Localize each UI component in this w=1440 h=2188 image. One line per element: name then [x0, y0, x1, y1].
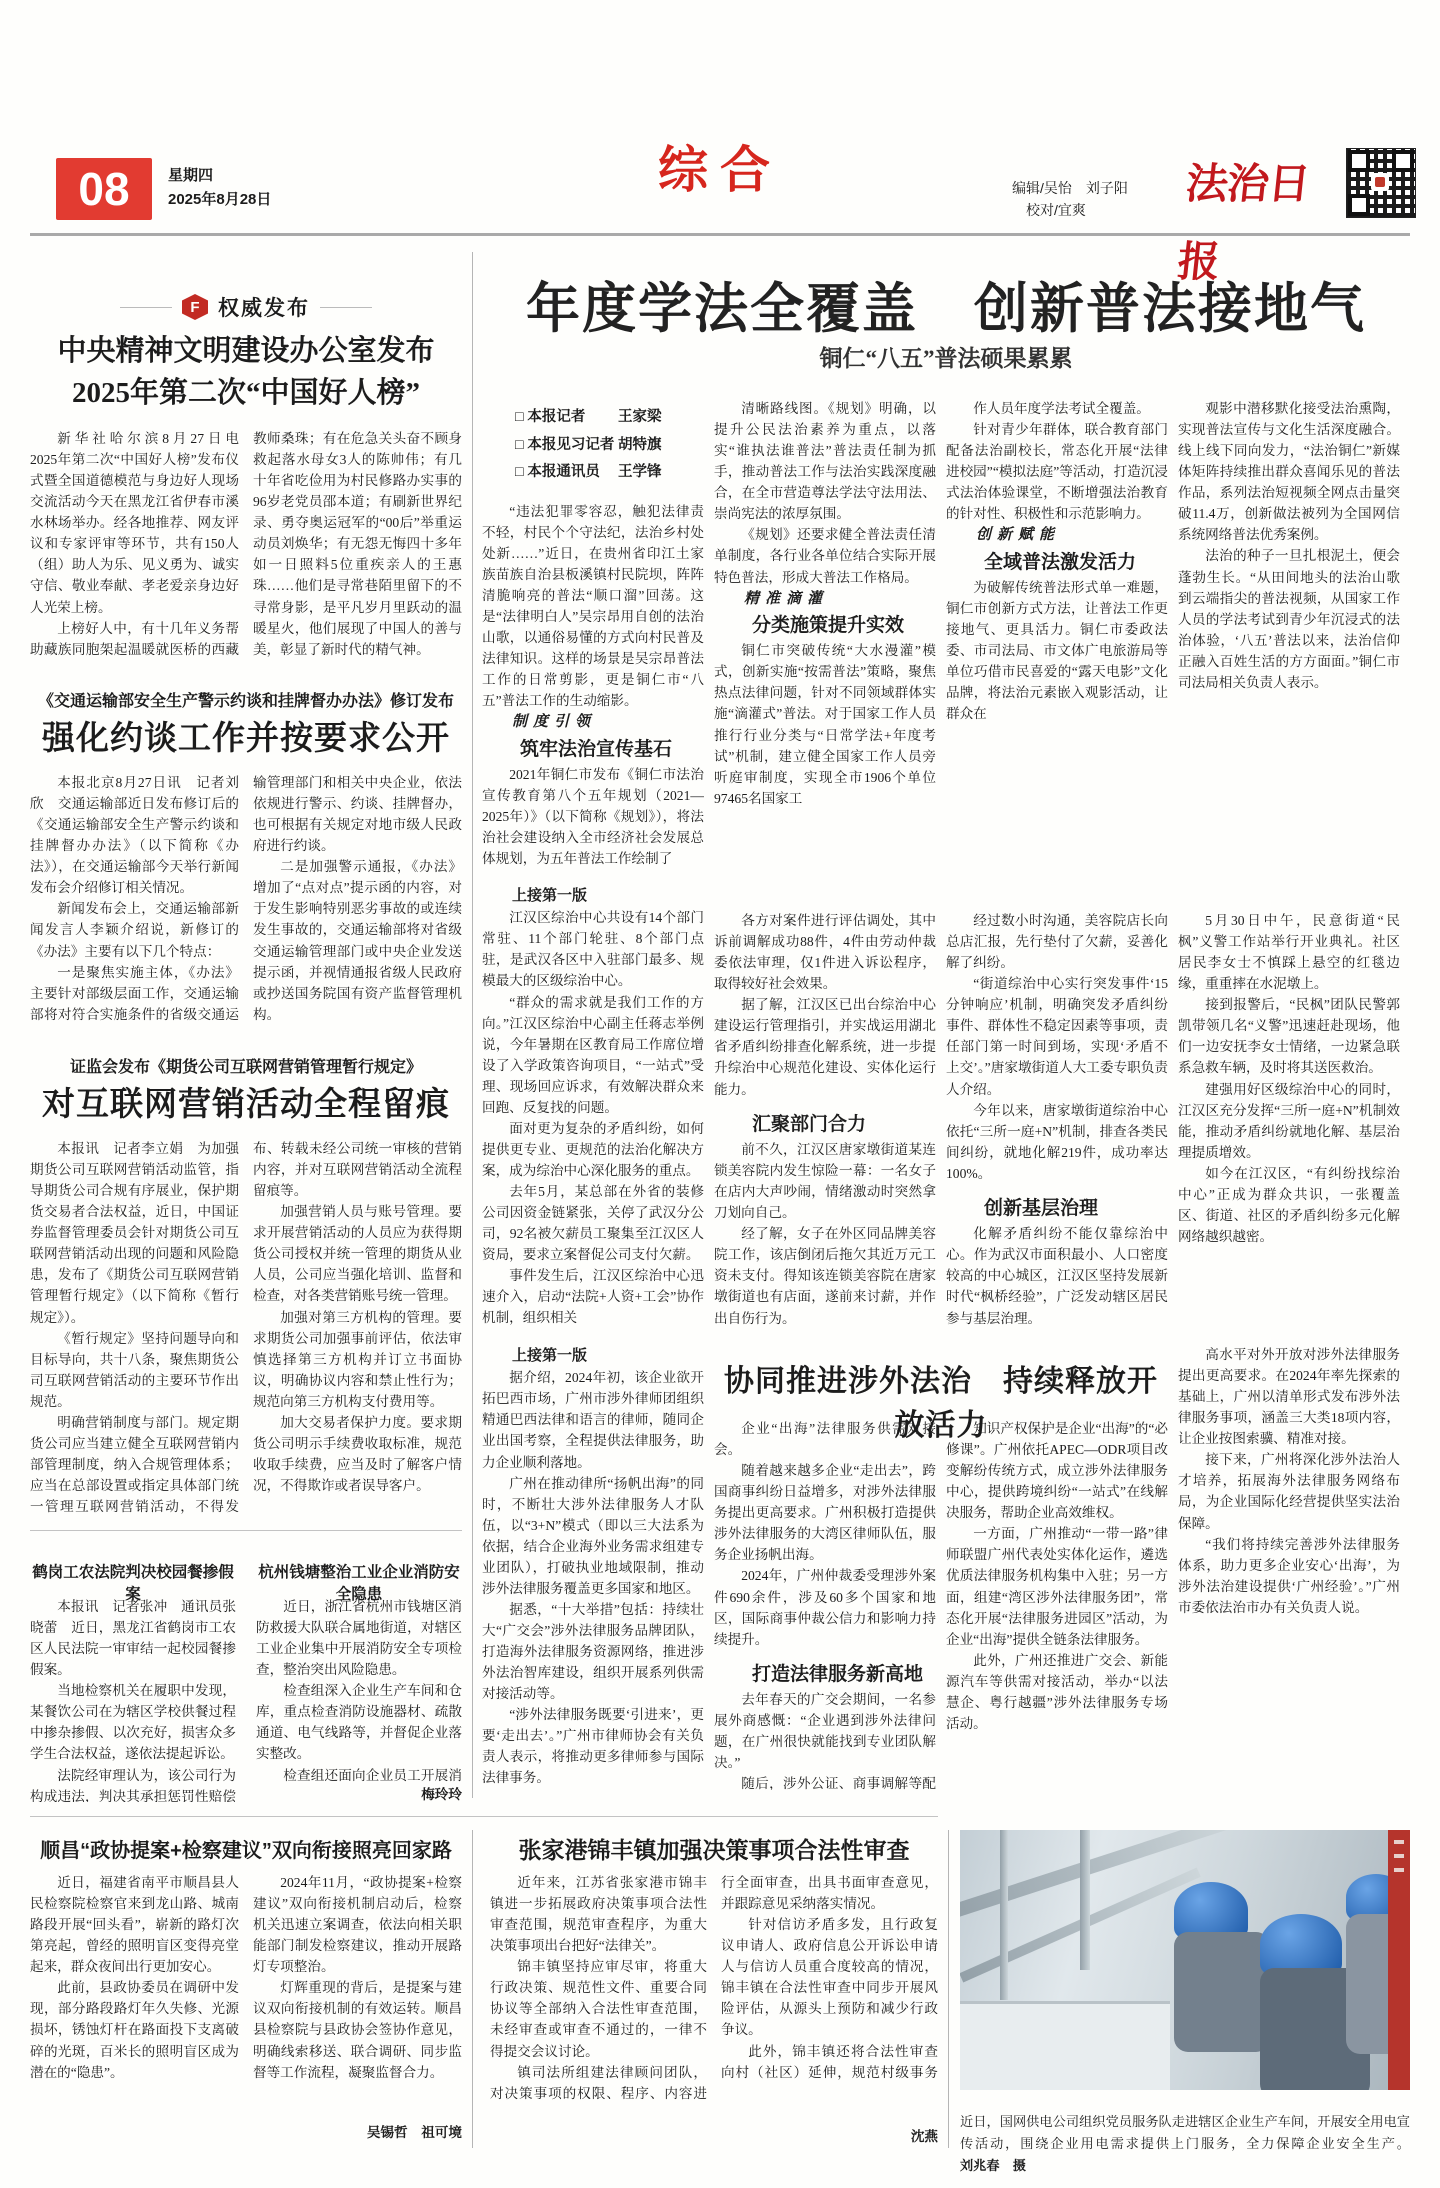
paragraph: 检查组还面向企业员工开展消防安全宣传活动，切实增强员工消防安全意识。	[256, 1765, 462, 1783]
qr-logo-icon	[1371, 173, 1389, 191]
subhead: 全域普法激发活力	[946, 548, 1168, 577]
article1-body: 新华社哈尔滨8月27日电 2025年第二次“中国好人榜”发布仪式暨全国道德模范与…	[30, 428, 462, 666]
subhead: 创新基层治理	[946, 1194, 1168, 1223]
photo-caption: 近日，国网供电公司组织党员服务队走进辖区企业生产车间，开展安全用电宣传活动，围绕…	[960, 2111, 1410, 2176]
paragraph: 观影中潜移默化接受法治熏陶，实现普法宣传与文化生活深度融合。线上线下同向发力，“…	[1178, 398, 1400, 545]
jump1-col3: 经过数小时沟通，美容院店长向总店汇报，先行垫付了欠薪，妥善化解了纠纷。“街道综治…	[946, 910, 1168, 1332]
photo-credit: 刘兆春 摄	[960, 2158, 1026, 2173]
paragraph: 如今在江汉区，“有纠纷找综治中心”正成为群众共识，一张覆盖区、街道、社区的矛盾纠…	[1178, 1163, 1400, 1247]
worker-torso	[1174, 1932, 1270, 2052]
main-subtitle: 铜仁“八五”普法硕果累累	[490, 340, 1402, 373]
pipe-shape	[1000, 1830, 1008, 2000]
paragraph: 去年春天的广交会期间，一名参展外商感慨：“企业遇到涉外法律问题，在广州很快就能找…	[714, 1689, 936, 1773]
qr-code-icon	[1346, 148, 1416, 218]
jump2-col4: 高水平对外开放对涉外法律服务提出更高要求。在2024年率先探索的基础上，广州以清…	[1178, 1344, 1400, 1790]
authority-release-badge: F 权威发布	[30, 292, 462, 322]
article1-headline: 中央精神文明建设办公室发布 2025年第二次“中国好人榜”	[30, 330, 462, 414]
paragraph: 此前，县政协委员在调研中发现，部分路段路灯年久失修、光源损坏，锈蚀灯杆在路面投下…	[30, 1977, 239, 2082]
jump2-col2: 企业“出海”法律服务供需对接会。随着越来越多企业“走出去”，跨国商事纠纷日益增多…	[714, 1418, 936, 1790]
paragraph: 据介绍，2024年初，该企业欲开拓巴西市场，广州市涉外律师团组织精通巴西法律和语…	[482, 1367, 704, 1472]
paragraph: 经过数小时沟通，美容院店长向总店汇报，先行垫付了欠薪，妥善化解了纠纷。	[946, 910, 1168, 973]
subhead-kicker: 创新赋能	[946, 524, 1168, 547]
qr-finder-icon	[1348, 150, 1370, 172]
paragraph: 企业“出海”法律服务供需对接会。	[714, 1418, 936, 1460]
paragraph: 本报北京8月27日讯 记者刘欣 交通运输部近日发布修订后的《交通运输部安全生产警…	[30, 772, 239, 898]
paragraph: “涉外法律服务既要‘引进来’，更要‘走出去’。”广州市律师协会有关负责人表示，将…	[482, 1704, 704, 1788]
main-col2: 清晰路线图。《规划》明确，以提升公民法治素养为重点，以落实“谁执法谁普法”普法责…	[714, 398, 936, 906]
main-headline: 年度学法全覆盖 创新普法接地气	[490, 266, 1402, 343]
main-col1-text: 2021年铜仁市发布《铜仁市法治宣传教育第八个五年规划（2021—2025年）》…	[482, 764, 704, 869]
qr-finder-icon	[1348, 194, 1370, 216]
article3-body: 本报讯 记者李立娟 为加强期货公司互联网营销活动监管，指导期货公司合规有序展业，…	[30, 1138, 462, 1518]
proofreader-line: 校对/宜爽	[1012, 200, 1182, 222]
paragraph: “街道综治中心实行突发事件‘15分钟响应’机制，明确突发矛盾纠纷事件、群体性不稳…	[946, 973, 1168, 1099]
paragraph: 随后，涉外公证、商事调解等配套服务持续上新，企业“出海”无须舍近求远。	[714, 1773, 936, 1790]
article7-signature: 沈燕	[724, 2126, 944, 2147]
paragraph: 铜仁市突破传统“大水漫灌”模式，创新实施“按需普法”策略，聚焦热点法律问题，针对…	[714, 640, 936, 809]
paragraph: 知识产权保护是企业“出海”的“必修课”。广州依托APEC—ODR项目改变解纷传统…	[946, 1418, 1168, 1523]
paragraph: 据悉，“十大举措”包括：持续壮大“广交会”涉外法律服务品牌团队，打造海外法律服务…	[482, 1599, 704, 1704]
paragraph: 2024年11月，“政协提案+检察建议”双向衔接机制启动后，检察机关迅速立案调查…	[253, 1872, 462, 1977]
paragraph: 一方面，广州推动“一带一路”律师联盟广州代表处实体化运作，遴选优质法律服务机构集…	[946, 1523, 1168, 1649]
paragraph: “违法犯罪零容忍，触犯法律责不轻，村民个个守法纪，法治乡村处处新……”近日，在贵…	[482, 501, 704, 712]
continued-marker: 上接第一版	[482, 884, 704, 907]
paragraph: 广州在推动律所“扬帆出海”的同时，不断壮大涉外法律服务人才队伍，以“3+N”模式…	[482, 1473, 704, 1599]
paragraph: 新华社哈尔滨8月27日电 2025年第二次“中国好人榜”发布仪式暨全国道德模范与…	[30, 428, 239, 618]
paragraph: 《规划》还要求健全普法责任清单制度，各行业各单位结合实际开展特色普法，形成大普法…	[714, 524, 936, 587]
main-col4: 观影中潜移默化接受法治熏陶，实现普法宣传与文化生活深度融合。线上线下同向发力，“…	[1178, 398, 1400, 906]
subhead-kicker: 制度引领	[482, 711, 704, 734]
paragraph: 新闻发布会上，交通运输部新闻发言人李颖介绍说，新修订的《办法》主要有以下几个特点…	[30, 898, 239, 961]
paragraph: 江汉区综治中心共设有14个部门常驻、11个部门轮驻、8个部门点驻，是武汉各区中入…	[482, 907, 704, 991]
qr-finder-icon	[1392, 150, 1414, 172]
paragraph: 加大交易者保护力度。要求期货公司明示手续费收取标准，规范收取手续费，应当及时了解…	[253, 1412, 462, 1496]
paragraph: “我们将持续完善涉外法律服务体系，助力更多企业安心‘出海’，为涉外法治建设提供‘…	[1178, 1534, 1400, 1618]
paragraph: 针对青少年群体，联合教育部门配备法治副校长，常态化开展“法律进校园”“模拟法庭”…	[946, 419, 1168, 524]
paragraph: 建强用好区级综治中心的同时，江汉区充分发挥“三所一庭+N”机制效能，推动矛盾纠纷…	[1178, 1079, 1400, 1163]
jump1-col2-text: 各方对案件进行评估调处，其中诉前调解成功88件，4件由劳动仲裁委依法审理，仅1件…	[714, 910, 936, 1100]
paragraph: 《暂行规定》坚持问题导向和目标导向，共十八条，聚焦期货公司互联网营销活动的主要环…	[30, 1328, 239, 1412]
paragraph: 2024年，广州仲裁委受理涉外案件690余件，涉及60多个国家和地区，国际商事仲…	[714, 1565, 936, 1649]
column-divider	[948, 1830, 949, 2148]
paragraph: 今年以来，唐家墩街道综治中心依托“三所一庭+N”机制，排查各类民间纠纷，就地化解…	[946, 1100, 1168, 1184]
byline-box: □ 本报记者 王家梁□ 本报见习记者 胡特旗□ 本报通讯员 王学锋	[486, 404, 704, 487]
jump2-col2-text: 企业“出海”法律服务供需对接会。随着越来越多企业“走出去”，跨国商事纠纷日益增多…	[714, 1418, 936, 1650]
main-col1: □ 本报记者 王家梁□ 本报见习记者 胡特旗□ 本报通讯员 王学锋 “违法犯罪零…	[482, 402, 704, 870]
paragraph: 锦丰镇坚持应审尽审，将重大行政决策、规范性文件、重要合同协议等全部纳入合法性审查…	[490, 1956, 707, 2061]
paragraph: 去年5月，某总部在外省的装修公司因资金链紧张，关停了武汉分公司，92名被欠薪员工…	[482, 1181, 704, 1265]
paragraph: 本报讯 记者李立娟 为加强期货公司互联网营销活动监管，指导期货公司合规有序展业，…	[30, 1138, 239, 1328]
paragraph: 5月30日中午，民意街道“民枫”义警工作站举行开业典礼。社区居民李女士不慎踩上悬…	[1178, 910, 1400, 994]
paragraph: 接下来，广州将深化涉外法治人才培养，拓展海外法律服务网络布局，为企业国际化经营提…	[1178, 1449, 1400, 1533]
jump1-col1: 上接第一版 江汉区综治中心共设有14个部门常驻、11个部门轮驻、8个部门点驻，是…	[482, 884, 704, 1332]
jump1-col2-text: 前不久，江汉区唐家墩街道某连锁美容院内发生惊险一幕：一名女子在店内大声吵闹，情绪…	[714, 1139, 936, 1332]
paragraph: 事件发生后，江汉区综治中心迅速介入，启动“法院+人资+工会”协作机制，组织相关	[482, 1265, 704, 1328]
article5-body: 近日，浙江省杭州市钱塘区消防救援大队联合属地街道，对辖区工业企业集中开展消防安全…	[256, 1596, 462, 1782]
paragraph: 随着越来越多企业“走出去”，跨国商事纠纷日益增多，对涉外法律服务提出更高要求。广…	[714, 1460, 936, 1565]
paragraph: 接到报警后，“民枫”团队民警郭凯带领几名“义警”迅速赶赴现场，他们一边安抚李女士…	[1178, 994, 1400, 1078]
paragraph: □ 本报通讯员 王学锋	[486, 459, 704, 487]
main-col3-text: 为破解传统普法形式单一难题，铜仁市创新方式方法，让普法工作更接地气、更具活力。铜…	[946, 577, 1168, 724]
jump2-col2-text: 去年春天的广交会期间，一名参展外商感慨：“企业遇到涉外法律问题，在广州很快就能找…	[714, 1689, 936, 1790]
subhead: 打造法律服务新高地	[714, 1660, 936, 1689]
article3-kicker: 证监会发布《期货公司互联网营销管理暂行规定》	[30, 1054, 462, 1077]
paragraph: 据了解，江汉区已出台综治中心建设运行管理指引，并实战运用湖北省矛盾纠纷排查化解系…	[714, 994, 936, 1099]
article6-body: 近日，福建省南平市顺昌县人民检察院检察官来到龙山路、城南路段开展“回头看”，崭新…	[30, 1872, 462, 2120]
paragraph: 近日，福建省南平市顺昌县人民检察院检察官来到龙山路、城南路段开展“回头看”，崭新…	[30, 1872, 239, 1977]
main-col2-text: 清晰路线图。《规划》明确，以提升公民法治素养为重点，以落实“谁执法谁普法”普法责…	[714, 398, 936, 588]
badge-line	[320, 307, 372, 308]
paragraph: 针对信访矛盾多发，且行政复议申请人、政府信息公开诉讼申请人与信访人员重合度较高的…	[721, 1914, 938, 2040]
badge-line	[120, 307, 172, 308]
paragraph: □ 本报见习记者 胡特旗	[486, 432, 704, 460]
paragraph: 各方对案件进行评估调处，其中诉前调解成功88件，4件由劳动仲裁委依法审理，仅1件…	[714, 910, 936, 994]
article5-signature: 梅玲玲	[256, 1784, 468, 1805]
paragraph: 清晰路线图。《规划》明确，以提升公民法治素养为重点，以落实“谁执法谁普法”普法责…	[714, 398, 936, 524]
paragraph: 为破解传统普法形式单一难题，铜仁市创新方式方法，让普法工作更接地气、更具活力。铜…	[946, 577, 1168, 724]
cube-logo-icon: F	[182, 294, 208, 320]
paragraph: 近年来，江苏省张家港市锦丰镇进一步拓展政府决策事项合法性审查范围，规范审查程序，…	[490, 1872, 707, 1956]
article7-headline: 张家港锦丰镇加强决策事项合法性审查	[490, 1832, 938, 1865]
paragraph: “群众的需求就是我们工作的方向。”江汉区综治中心副主任蒋志举例说，今年暑期在区教…	[482, 992, 704, 1118]
article3-headline: 对互联网营销活动全程留痕	[30, 1078, 462, 1125]
main-col1-text: “违法犯罪零容忍，触犯法律责不轻，村民个个守法纪，法治乡村处处新……”近日，在贵…	[482, 501, 704, 712]
paragraph: 江汉区民意街道打造“民枫”义警队伍，吸纳热心居民、商户等联防力量参与治安巡逻和纠…	[946, 1329, 1168, 1332]
paragraph: 加强对第三方机构的管理。要求期货公司加强事前评估，依法审慎选择第三方机构并订立书…	[253, 1307, 462, 1412]
paragraph: □ 本报记者 王家梁	[486, 404, 704, 432]
paragraph: 面对更为复杂的矛盾纠纷，如何提供更专业、更规范的法治化解决方案，成为综治中心深化…	[482, 1118, 704, 1181]
paragraph: 民警赶到后，街道综治中心启动“三所一庭+N”机制（即高效整合司法所、派出所、律师…	[714, 1329, 936, 1332]
jump1-col3-text: 经过数小时沟通，美容院店长向总店汇报，先行垫付了欠薪，妥善化解了纠纷。“街道综治…	[946, 910, 1168, 1184]
subhead: 汇聚部门合力	[714, 1110, 936, 1139]
article4-body: 本报讯 记者张冲 通讯员张晓蕾 近日，黑龙江省鹤岗市工农区人民法院一审审结一起校…	[30, 1596, 236, 1802]
paragraph: 前不久，江汉区唐家墩街道某连锁美容院内发生惊险一幕：一名女子在店内大声吵闹，情绪…	[714, 1139, 936, 1223]
header-rule	[30, 233, 1410, 236]
article6-signature: 吴锡哲 祖可境	[256, 2122, 468, 2143]
subhead: 筑牢法治宣传基石	[482, 735, 704, 764]
paragraph: 高水平对外开放对涉外法律服务提出更高要求。在2024年率先探索的基础上，广州以清…	[1178, 1344, 1400, 1449]
main-col3: 作人员年度学法考试全覆盖。针对青少年群体，联合教育部门配备法治副校长，常态化开展…	[946, 398, 1168, 906]
jump1-col4: 5月30日中午，民意街道“民枫”义警工作站举行开业典礼。社区居民李女士不慎踩上悬…	[1178, 910, 1400, 1332]
paragraph: 近日，浙江省杭州市钱塘区消防救援大队联合属地街道，对辖区工业企业集中开展消防安全…	[256, 1596, 462, 1680]
masthead-logo: 法治日报	[1182, 146, 1346, 224]
blue-helmet-icon	[1260, 1914, 1342, 1974]
paragraph: 经了解，女子在外区同品牌美容院工作，该店倒闭后拖欠其近万元工资未支付。得知该连锁…	[714, 1223, 936, 1328]
column-divider	[472, 1830, 473, 2148]
paragraph: 加强营销人员与账号管理。要求开展营销活动的人员应为获得期货公司授权并统一管理的期…	[253, 1201, 462, 1306]
jump1-col2: 各方对案件进行评估调处，其中诉前调解成功88件，4件由劳动仲裁委依法审理，仅1件…	[714, 910, 936, 1332]
subhead-kicker: 精准滴灌	[714, 588, 936, 611]
red-banner-shape	[1388, 1830, 1410, 2090]
blue-helmet-icon	[1174, 1882, 1248, 1938]
editors-line: 编辑/吴怡 刘子阳	[1012, 178, 1182, 200]
paragraph: 法治的种子一旦扎根泥土，便会蓬勃生长。“从田间地头的法治山歌到云端指尖的普法视频…	[1178, 545, 1400, 692]
article6-headline: 顺昌“政协提案+检察建议”双向衔接照亮回家路	[30, 1834, 462, 1863]
badge-label: 权威发布	[218, 292, 310, 322]
article2-body: 本报北京8月27日讯 记者刘欣 交通运输部近日发布修订后的《交通运输部安全生产警…	[30, 772, 462, 1044]
worker-figure	[1174, 1882, 1270, 2052]
paragraph: 作人员年度学法考试全覆盖。	[946, 398, 1168, 419]
paragraph: 检查组深入企业生产车间和仓库，重点检查消防设施器材、疏散通道、电气线路等，并督促…	[256, 1680, 462, 1764]
paragraph: 此外，广州还推进广交会、新能源汽车等供需对接活动，举办“以法慧企、粤行越疆”涉外…	[946, 1650, 1168, 1734]
jump1-col1-text: 江汉区综治中心共设有14个部门常驻、11个部门轮驻、8个部门点驻，是武汉各区中入…	[482, 907, 704, 1328]
divider-rule	[30, 1816, 938, 1817]
main-col3-text: 作人员年度学法考试全覆盖。针对青少年群体，联合教育部门配备法治副校长，常态化开展…	[946, 398, 1168, 524]
paragraph: 当地检察机关在履职中发现，某餐饮公司在为辖区学校供餐过程中掺杂掺假、以次充好，损…	[30, 1680, 236, 1764]
jump1-col3-text: 化解矛盾纠纷不能仅靠综治中心。作为武汉市面积最小、人口密度较高的中心城区，江汉区…	[946, 1223, 1168, 1332]
caption-text: 近日，国网供电公司组织党员服务队走进辖区企业生产车间，开展安全用电宣传活动，围绕…	[960, 2114, 1410, 2151]
pipe-shape	[1080, 1830, 1090, 1970]
main-col2-text: 铜仁市突破传统“大水漫灌”模式，创新实施“按需普法”策略，聚焦热点法律问题，针对…	[714, 640, 936, 809]
editor-meta: 编辑/吴怡 刘子阳 校对/宜爽	[1012, 178, 1182, 221]
jump2-col1: 上接第一版 据介绍，2024年初，该企业欲开拓巴西市场，广州市涉外律师团组织精通…	[482, 1344, 704, 1790]
jump2-col3: 知识产权保护是企业“出海”的“必修课”。广州依托APEC—ODR项目改变解纷传统…	[946, 1418, 1168, 1790]
paragraph: 化解矛盾纠纷不能仅靠综治中心。作为武汉市面积最小、人口密度较高的中心城区，江汉区…	[946, 1223, 1168, 1328]
machine-shape	[960, 2001, 1170, 2090]
paragraph: 本报讯 记者张冲 通讯员张晓蕾 近日，黑龙江省鹤岗市工农区人民法院一审审结一起校…	[30, 1596, 236, 1680]
newspaper-page: 08 星期四 2025年8月28日 综合 编辑/吴怡 刘子阳 校对/宜爽 法治日…	[0, 0, 1440, 2188]
news-photo	[960, 1830, 1410, 2090]
paragraph: 二是加强警示通报，《办法》增加了“点对点”提示函的内容，对于发生影响特别恶劣事故…	[253, 856, 462, 1025]
divider-rule	[30, 1530, 462, 1531]
subhead: 分类施策提升实效	[714, 611, 936, 640]
article2-headline: 强化约谈工作并按要求公开	[30, 712, 462, 759]
paragraph: 灯辉重现的背后，是提案与建议双向衔接机制的有效运转。顺昌县检察院与县政协会签协作…	[253, 1977, 462, 2082]
continued-marker: 上接第一版	[482, 1344, 704, 1367]
article2-kicker: 《交通运输部安全生产警示约谈和挂牌督办办法》修订发布	[30, 688, 462, 711]
article7-body: 近年来，江苏省张家港市锦丰镇进一步拓展政府决策事项合法性审查范围，规范审查程序，…	[490, 1872, 938, 2124]
paragraph: 2021年铜仁市发布《铜仁市法治宣传教育第八个五年规划（2021—2025年）》…	[482, 764, 704, 869]
paragraph: 法院经审理认为，该公司行为构成违法，判决其承担惩罚性赔偿并公开赔礼道歉，相关部门…	[30, 1765, 236, 1803]
jump2-col1-text: 据介绍，2024年初，该企业欲开拓巴西市场，广州市涉外律师团组织精通巴西法律和语…	[482, 1367, 704, 1788]
column-divider	[472, 252, 473, 1798]
